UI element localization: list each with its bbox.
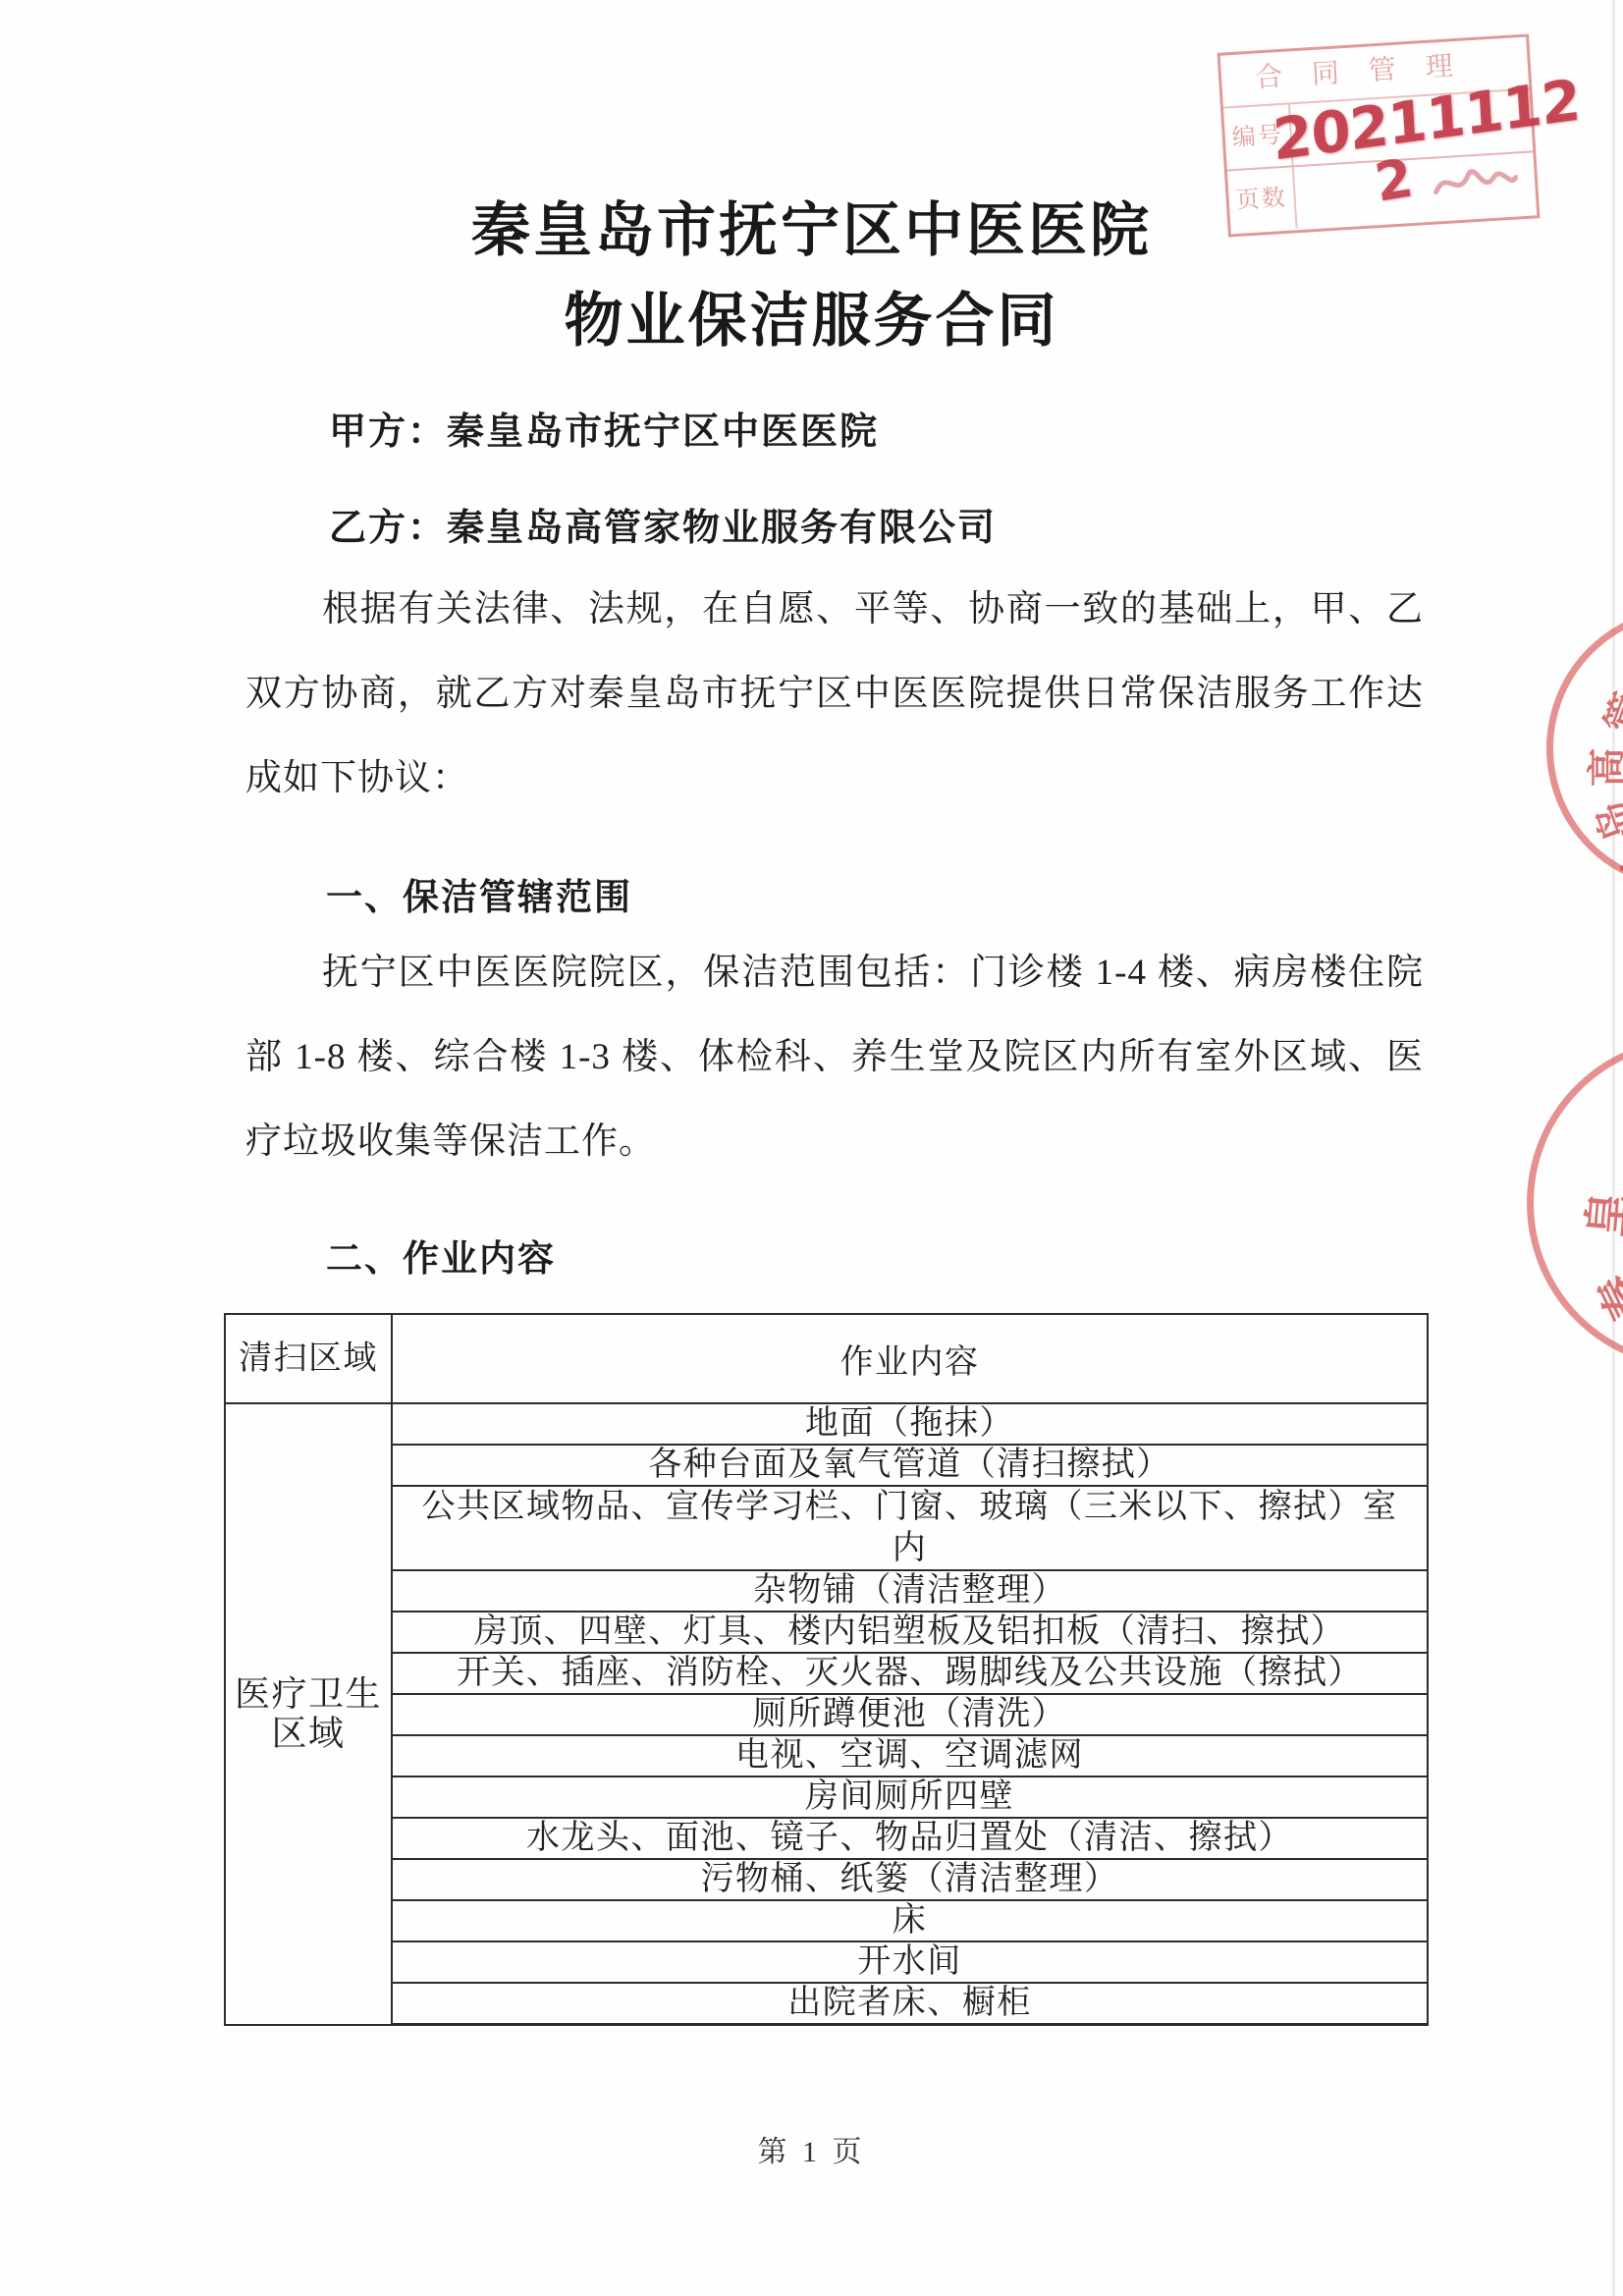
table-row: 水龙头、面池、镜子、物品归置处（清洁、擦拭） [225, 1818, 1428, 1859]
seal-character: 岛 [1605, 1094, 1623, 1169]
handwriting-scribble [1429, 153, 1520, 207]
table-cell: 床 [392, 1900, 1428, 1941]
table-cell: 杂物铺（清洁整理） [392, 1570, 1428, 1612]
section2-heading: 二、作业内容 [326, 1229, 556, 1282]
table-row: 杂物铺（清洁整理） [225, 1570, 1428, 1612]
registration-stamp: 合同管理 编号 页数 20211112 2 [1217, 33, 1541, 237]
table-row: 床 [225, 1900, 1428, 1941]
work-content-table: 清扫区域 作业内容 医疗卫生区域 地面（拖抹） 各种台面及氧气管道（清扫擦拭） … [224, 1313, 1429, 2026]
party-b-line: 乙方：秦皇岛高管家物业服务有限公司 [329, 497, 997, 551]
seal-character: 秦 [1580, 1264, 1623, 1333]
table-row: 医疗卫生区域 地面（拖抹） [225, 1403, 1428, 1445]
table-row: 开水间 [225, 1941, 1428, 1983]
row-group-label: 医疗卫生区域 [225, 1403, 392, 2025]
table-cell: 水龙头、面池、镜子、物品归置处（清洁、擦拭） [392, 1818, 1428, 1859]
company-seal-lower: 岛 皇 秦 [1527, 1037, 1623, 1369]
section1-heading: 一、保洁管辖范围 [326, 867, 632, 920]
table-row: 厕所蹲便池（清洗） [225, 1694, 1428, 1735]
page-number: 第 1 页 [0, 2127, 1623, 2170]
section1-body: 抚宁区中医医院院区，保洁范围包括：门诊楼 1-4 楼、病房楼住院部 1-8 楼、… [245, 931, 1424, 1184]
company-seal-upper: 家 管 高 岛 皇 秦 [1546, 607, 1623, 890]
document-title-line2: 物业保洁服务合同 [0, 289, 1623, 354]
intro-paragraph: 根据有关法律、法规，在自愿、平等、协商一致的基础上，甲、乙双方协商，就乙方对秦皇… [245, 568, 1424, 821]
contract-document-page: 秦皇岛市抚宁区中医医院 物业保洁服务合同 甲方：秦皇岛市抚宁区中医医院 乙方：秦… [0, 0, 1623, 2296]
table-row: 房间厕所四壁 [225, 1777, 1428, 1818]
table-cell: 污物桶、纸篓（清洁整理） [392, 1859, 1428, 1900]
seal-character: 管 [1589, 684, 1623, 740]
table-row: 开关、插座、消防栓、灭火器、踢脚线及公共设施（擦拭） [225, 1653, 1428, 1694]
table-cell: 厕所蹲便池（清洗） [392, 1694, 1428, 1735]
table-cell: 电视、空调、空调滤网 [392, 1735, 1428, 1777]
column-header-area: 清扫区域 [225, 1314, 392, 1403]
table-cell: 房顶、四壁、灯具、楼内铝塑板及铝扣板（清扫、擦拭） [392, 1612, 1428, 1653]
table-cell: 地面（拖抹） [392, 1403, 1428, 1445]
table-row: 电视、空调、空调滤网 [225, 1735, 1428, 1777]
table-row: 出院者床、橱柜 [225, 1983, 1428, 2025]
party-a-line: 甲方：秦皇岛市抚宁区中医医院 [329, 401, 879, 455]
table-row: 公共区域物品、宣传学习栏、门窗、玻璃（三米以下、擦拭）室内 [225, 1486, 1428, 1570]
seal-character: 皇 [1569, 1188, 1623, 1239]
table-row: 各种台面及氧气管道（清扫擦拭） [225, 1445, 1428, 1486]
seal-character: 岛 [1579, 794, 1623, 850]
table-cell: 出院者床、橱柜 [392, 1983, 1428, 2025]
table-cell: 房间厕所四壁 [392, 1777, 1428, 1818]
table-cell: 开水间 [392, 1941, 1428, 1983]
table-cell: 各种台面及氧气管道（清扫擦拭） [392, 1445, 1428, 1486]
table-row: 污物桶、纸篓（清洁整理） [225, 1859, 1428, 1900]
table-cell: 开关、插座、消防栓、灭火器、踢脚线及公共设施（擦拭） [392, 1653, 1428, 1694]
stamp-pages-label: 页数 [1227, 167, 1298, 232]
table-header-row: 清扫区域 作业内容 [225, 1314, 1428, 1403]
seal-character: 高 [1577, 748, 1623, 788]
table-row: 房顶、四壁、灯具、楼内铝塑板及铝扣板（清扫、擦拭） [225, 1612, 1428, 1653]
column-header-content: 作业内容 [392, 1314, 1428, 1403]
table-cell: 公共区域物品、宣传学习栏、门窗、玻璃（三米以下、擦拭）室内 [392, 1486, 1428, 1570]
